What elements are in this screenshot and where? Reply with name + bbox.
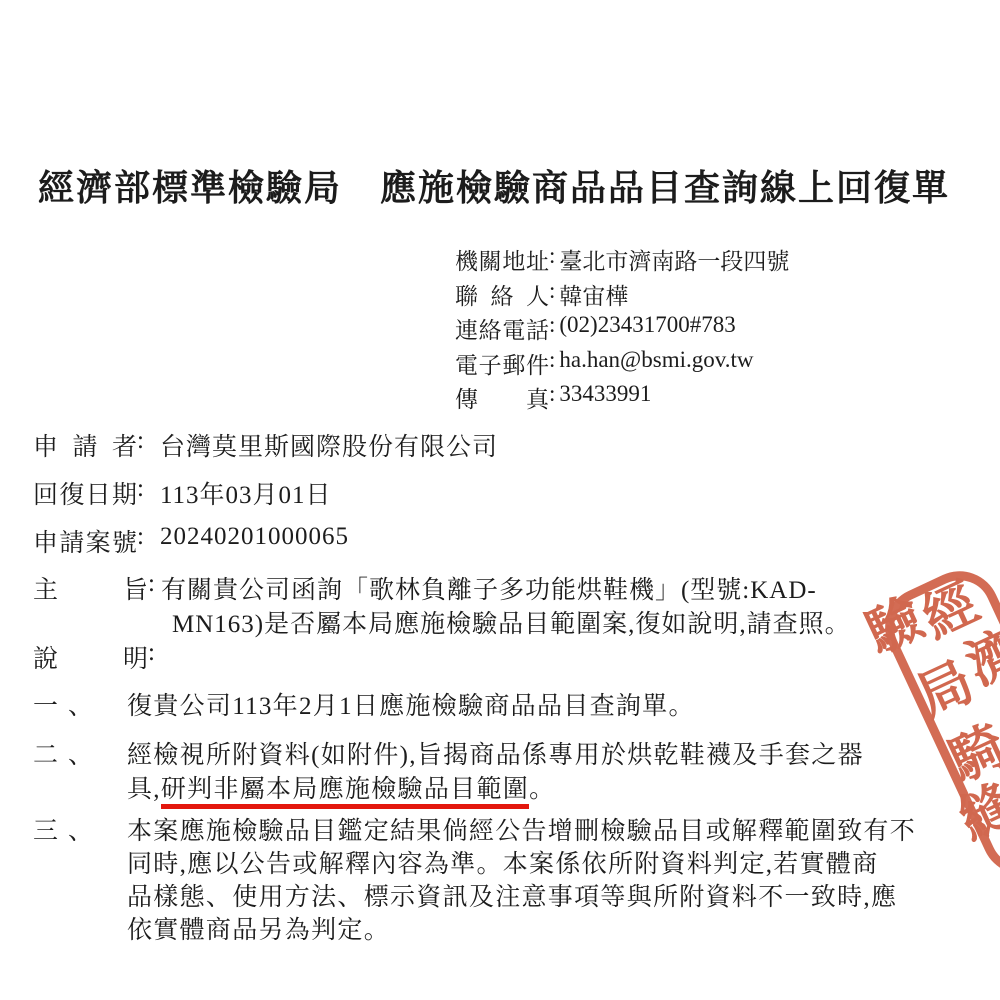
contact-row-fax: 傳真:33433991 [455,381,789,416]
reply-date-label: 回復日期 [33,475,137,511]
colon: : [549,278,555,304]
address-label: 機關地址 [455,243,549,276]
email-value: ha.han@bsmi.gov.tw [559,347,753,373]
colon: : [137,427,144,455]
item-2-line-2-post: 。 [529,776,555,803]
colon: : [137,475,144,503]
item-2-marker: 二、 [33,735,103,771]
reply-date-value: 113年03月01日 [160,475,332,511]
contact-row-address: 機關地址:臺北市濟南路一段四號 [455,243,789,278]
item-3-line-4: 依實體商品另為判定。 [127,910,390,946]
contact-person-value: 韓宙樺 [559,278,628,311]
contact-row-email: 電子郵件:ha.han@bsmi.gov.tw [455,347,789,382]
colon: : [549,243,555,269]
item-1-line-1: 復貴公司113年2月1日應施檢驗商品品目查詢單。 [127,686,695,722]
agency-contact-block: 機關地址:臺北市濟南路一段四號 聯絡人:韓宙樺 連絡電話:(02)2343170… [455,243,789,416]
item-3-line-3: 品樣態、使用方法、標示資訊及注意事項等與所附資料不一致時,應 [127,877,897,913]
item-3-line-1: 本案應施檢驗品目鑑定結果倘經公告增刪檢驗品目或解釋範圍致有不 [127,811,916,847]
colon: : [549,381,555,407]
colon: : [148,570,155,606]
explanation-heading: 說明: [33,639,155,675]
case-number-row: 申請案號:20240201000065 [33,523,349,559]
item-3-line-2: 同時,應以公告或解釋內容為準。本案係依所附資料判定,若實體商 [127,844,879,880]
subject-line-2: MN163)是否屬本局應施檢驗品目範圍案,復如說明,請查照。 [172,604,851,640]
phone-label: 連絡電話 [455,312,549,345]
colon: : [549,312,555,338]
subject-row: 主旨:有關貴公司函詢「歌林負離子多功能烘鞋機」(型號:KAD- [33,570,817,606]
fax-value: 33433991 [559,381,651,407]
applicant-label: 申請者 [33,427,137,463]
page-title: 經濟部標準檢驗局 應施檢驗商品品目查詢線上回復單 [38,160,950,211]
reply-date-row: 回復日期:113年03月01日 [33,475,332,511]
seal-character: 縫 [951,777,1000,849]
item-2-line-2: 具,研判非屬本局應施檢驗品目範圍。 [127,769,555,805]
item-2-line-2-pre: 具, [127,776,161,803]
address-value: 臺北市濟南路一段四號 [559,243,789,276]
item-3-marker: 三、 [33,811,103,847]
colon: : [137,523,144,551]
contact-row-person: 聯絡人:韓宙樺 [455,278,789,313]
fax-label: 傳真 [455,381,549,414]
applicant-row: 申請者:台灣莫里斯國際股份有限公司 [33,427,498,463]
item-1-marker: 一、 [33,686,103,722]
contact-row-phone: 連絡電話:(02)23431700#783 [455,312,789,347]
item-2-line-1: 經檢視所附資料(如附件),旨揭商品係專用於烘乾鞋襪及手套之器 [127,735,864,771]
colon: : [549,347,555,373]
contact-person-label: 聯絡人 [455,278,549,311]
applicant-value: 台灣莫里斯國際股份有限公司 [160,427,498,463]
phone-value: (02)23431700#783 [559,312,735,338]
case-number-label: 申請案號 [33,523,137,559]
explanation-label: 說明 [33,639,148,675]
email-label: 電子郵件 [455,347,549,380]
case-number-value: 20240201000065 [160,523,349,551]
subject-label: 主旨 [33,570,148,606]
colon: : [148,639,155,675]
subject-line-1: 有關貴公司函詢「歌林負離子多功能烘鞋機」(型號:KAD- [161,570,817,606]
red-underlined-conclusion: 研判非屬本局應施檢驗品目範圍 [161,776,529,809]
